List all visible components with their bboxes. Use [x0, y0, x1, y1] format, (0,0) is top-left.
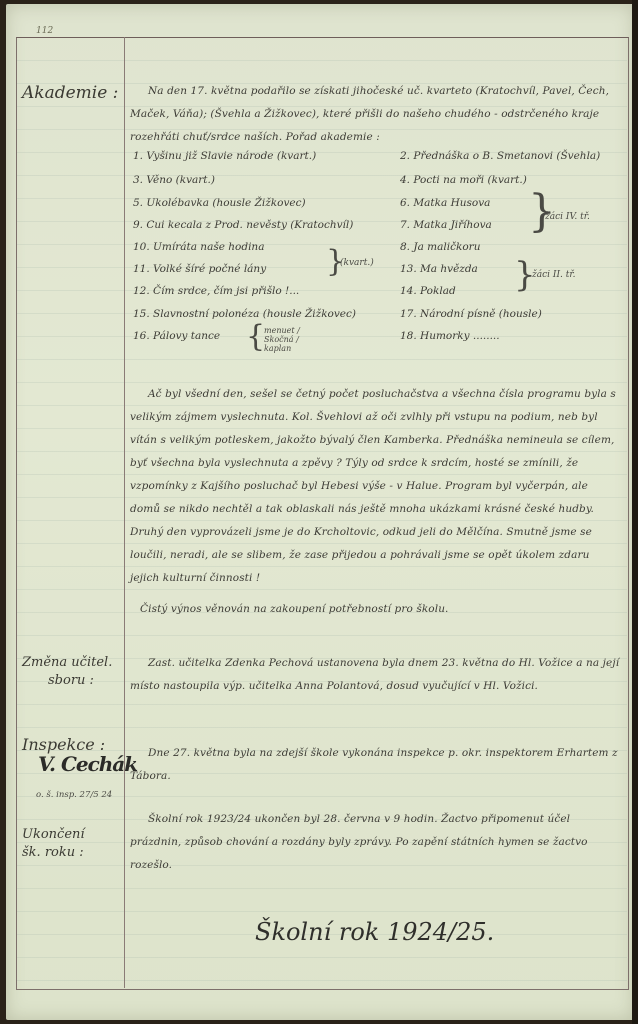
- inspekce-body: Dne 27. května byla na zdejší škole vyko…: [130, 742, 620, 788]
- section-label-ukonceni: Ukončení šk. roku :: [22, 826, 122, 862]
- ukonceni-body: Školní rok 1923/24 ukončen byl 28. červn…: [130, 808, 620, 877]
- page-number: 112: [36, 26, 53, 36]
- program-item: 17. Národní písně (housle): [400, 308, 542, 320]
- note-zaci-2: žáci II. tř.: [532, 270, 576, 280]
- program-item: 2. Přednáška o B. Smetanovi (Švehla): [400, 150, 600, 162]
- program-item: 4. Pocti na moři (kvart.): [400, 174, 527, 186]
- section-label-zmena: Změna učitel. sboru :: [22, 654, 122, 690]
- new-school-year-heading: Školní rok 1924/25.: [255, 918, 494, 946]
- program-item: 8. Ja maličkoru: [400, 241, 480, 253]
- book-spine-edge: [632, 0, 638, 1024]
- brace-dances: {: [246, 322, 265, 352]
- program-item: 6. Matka Husova: [400, 197, 490, 209]
- program-item: 10. Umíráta naše hodina: [133, 241, 264, 253]
- program-item: 7. Matka Jiříhova: [400, 219, 492, 231]
- note-kvart: (kvart.): [340, 258, 374, 268]
- program-item: 9. Cui kecala z Prod. nevěsty (Kratochví…: [133, 219, 353, 231]
- program-item: 18. Humorky ........: [400, 330, 500, 342]
- akademie-footer: Čistý výnos věnován na zakoupení potřebn…: [140, 598, 630, 621]
- program-item: 1. Vyšinu již Slavie národe (kvart.): [133, 150, 316, 162]
- program-item: 14. Poklad: [400, 285, 456, 297]
- section-label-akademie: Akademie :: [22, 84, 122, 102]
- akademie-body: Ač byl všední den, sešel se četný počet …: [130, 383, 620, 590]
- inspector-signature-date: o. š. insp. 27/5 24: [36, 790, 112, 800]
- note-dances: menuet / Skočná / kaplan: [264, 326, 324, 353]
- program-item: 11. Volké šíré počné lány: [133, 263, 266, 275]
- program-item: 5. Ukolébavka (housle Žižkovec): [133, 197, 306, 209]
- margin-column-divider: [124, 37, 125, 988]
- program-item: 16. Pálovy tance: [133, 330, 220, 342]
- zmena-body: Zast. učitelka Zdenka Pechová ustanovena…: [130, 652, 620, 698]
- program-item: 3. Věno (kvart.): [133, 174, 215, 186]
- program-item: 12. Čím srdce, čím jsi přišlo !...: [133, 285, 299, 297]
- program-item: 15. Slavnostní polonéza (housle Žižkovec…: [133, 308, 356, 320]
- inspector-signature: V. Cechák: [38, 752, 137, 776]
- program-item: 13. Ma hvězda: [400, 263, 478, 275]
- akademie-intro: Na den 17. května podařilo se získati ji…: [130, 80, 620, 149]
- note-zaci-4: žáci IV. tř.: [545, 212, 590, 222]
